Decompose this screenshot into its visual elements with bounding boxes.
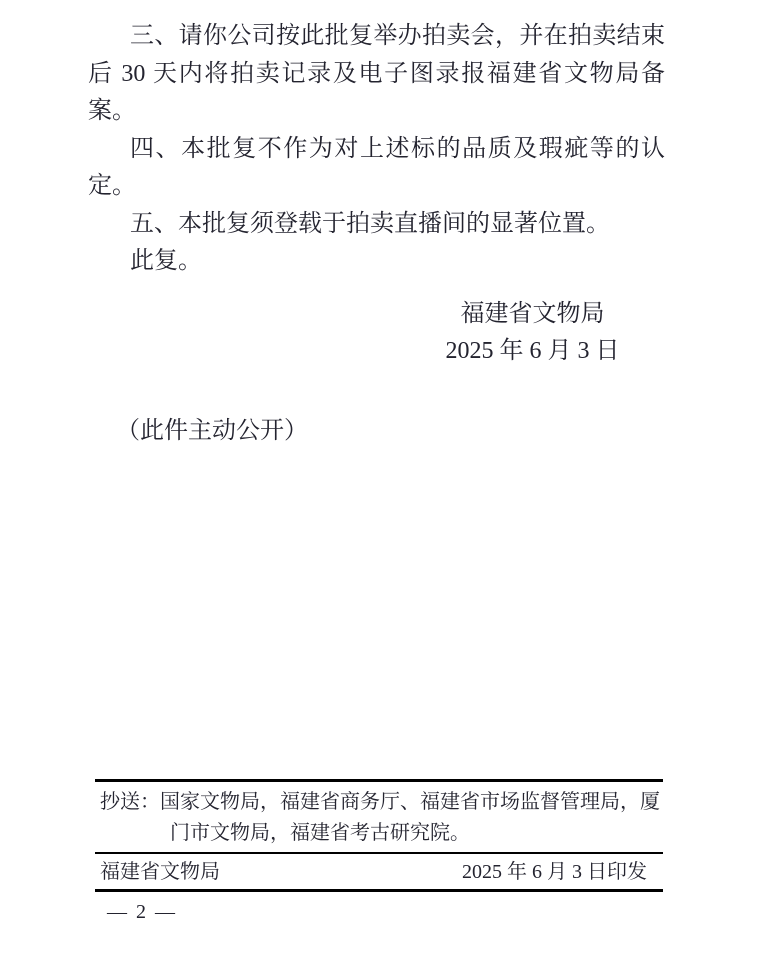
document-body: 三、请你公司按此批复举办拍卖会，并在拍卖结束后 30 天内将拍卖记录及电子图录报… (88, 18, 665, 281)
paragraph-item-5: 五、本批复须登载于拍卖直播间的显著位置。 (88, 206, 665, 244)
signature-block: 福建省文物局 2025 年 6 月 3 日 (415, 296, 650, 370)
cc-list: 国家文物局，福建省商务厅、福建省市场监督管理局，厦门市文物局，福建省考古研究院。 (160, 791, 660, 844)
cc-line: 抄送：国家文物局，福建省商务厅、福建省市场监督管理局，厦门市文物局，福建省考古研… (95, 782, 663, 852)
print-date: 2025 年 6 月 3 日印发 (462, 859, 647, 885)
page-number: — 2 — (95, 901, 663, 924)
footer-bottom-rule (95, 889, 663, 893)
closing-phrase: 此复。 (88, 243, 665, 281)
paragraph-item-3: 三、请你公司按此批复举办拍卖会，并在拍卖结束后 30 天内将拍卖记录及电子图录报… (88, 18, 665, 131)
document-footer: 抄送：国家文物局，福建省商务厅、福建省市场监督管理局，厦门市文物局，福建省考古研… (95, 779, 663, 924)
cc-label: 抄送： (100, 791, 160, 813)
disclosure-note: （此件主动公开） (116, 410, 308, 445)
signature-date: 2025 年 6 月 3 日 (415, 333, 650, 370)
issuer-row: 福建省文物局 2025 年 6 月 3 日印发 (95, 854, 663, 889)
document-page: 三、请你公司按此批复举办拍卖会，并在拍卖结束后 30 天内将拍卖记录及电子图录报… (0, 0, 774, 964)
signature-agency: 福建省文物局 (415, 296, 650, 333)
issuer-agency: 福建省文物局 (100, 859, 220, 885)
paragraph-item-4: 四、本批复不作为对上述标的品质及瑕疵等的认定。 (88, 131, 665, 206)
